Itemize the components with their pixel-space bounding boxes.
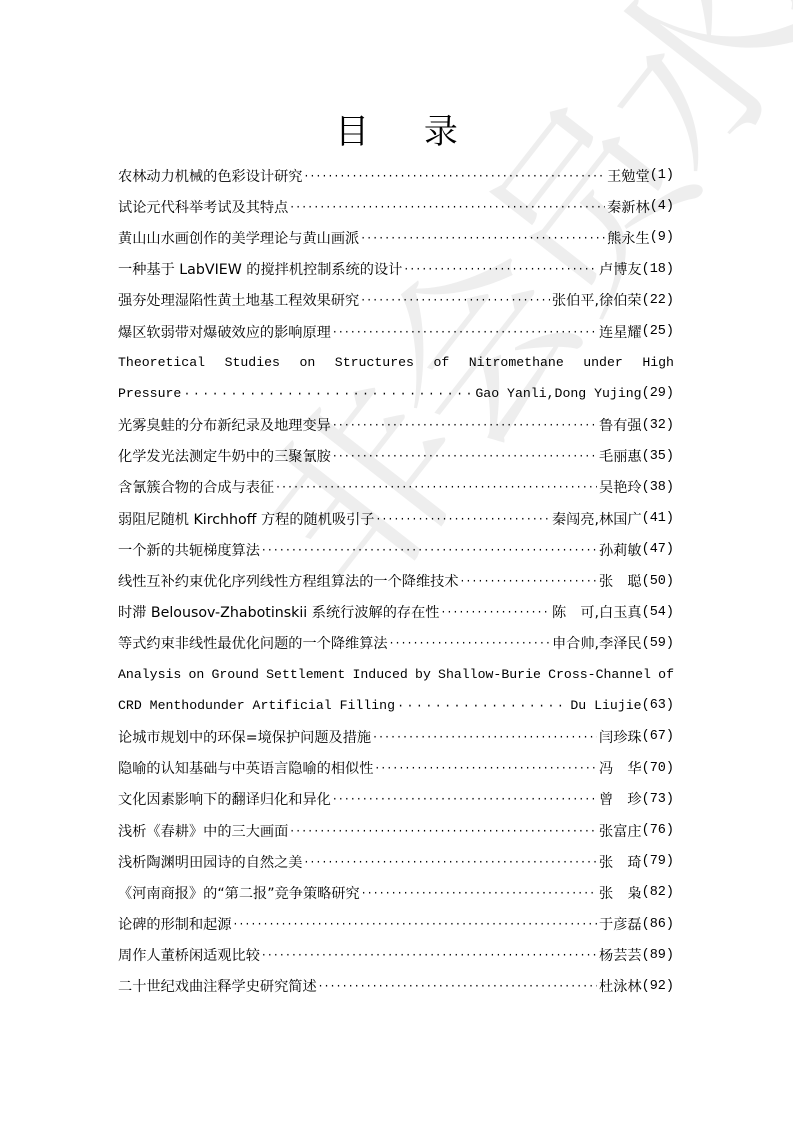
toc-entry-author: 申合帅,李泽民 xyxy=(552,633,642,653)
title-word: of xyxy=(658,667,674,682)
toc-entry[interactable]: 论碑的形制和起源于彦磊(86) xyxy=(118,909,674,940)
toc-entry[interactable]: 时滞 Belousov-Zhabotinskii 系统行波解的存在性陈 可,白玉… xyxy=(118,597,674,628)
toc-entry-title: 一种基于 LabVIEW 的搅拌机控制系统的设计 xyxy=(118,259,402,279)
toc-entry-author: 孙莉敏 xyxy=(599,540,642,560)
title-word: Nitromethane xyxy=(469,355,564,370)
toc-entry-author: 秦闯亮,林国广 xyxy=(552,509,642,529)
toc-entry-title: 论碑的形制和起源 xyxy=(118,914,232,934)
dot-leader xyxy=(304,169,605,183)
dot-leader xyxy=(390,636,550,650)
toc-entry-author: Gao Yanli,Dong Yujing xyxy=(475,386,641,401)
toc-entry-page: (47) xyxy=(642,542,674,557)
toc-entry-author: 毛丽惠 xyxy=(599,446,642,466)
toc-entry[interactable]: 一种基于 LabVIEW 的搅拌机控制系统的设计卢博友(18) xyxy=(118,254,674,285)
toc-entry-title: CRD Menthodunder Artificial Filling xyxy=(118,698,395,713)
toc-entry-author: 张 聪 xyxy=(599,571,642,591)
toc-page: 非会员水印 目 录 农林动力机械的色彩设计研究王勉堂(1)试论元代科举考试及其特… xyxy=(0,0,793,1122)
toc-entry[interactable]: 黄山山水画创作的美学理论与黄山画派熊永生(9) xyxy=(118,222,674,253)
toc-entry-title: 农林动力机械的色彩设计研究 xyxy=(118,166,302,186)
toc-entry-author: 杨芸芸 xyxy=(599,945,642,965)
toc-entry-title: 化学发光法测定牛奶中的三聚氰胺 xyxy=(118,446,331,466)
toc-entry-page: (29) xyxy=(642,386,674,401)
toc-entry-page: (73) xyxy=(642,792,674,807)
dot-leader xyxy=(362,886,597,900)
toc-entry-title: 文化因素影响下的翻译归化和异化 xyxy=(118,789,331,809)
toc-entry-page: (76) xyxy=(642,823,674,838)
dot-leader xyxy=(333,449,597,463)
toc-entry-page: (92) xyxy=(642,979,674,994)
toc-entry[interactable]: 光雾臭蛙的分布新纪录及地理变异鲁有强(32) xyxy=(118,410,674,441)
toc-entry-author: 王勉堂 xyxy=(607,166,650,186)
toc-entry-author: 卢博友 xyxy=(599,259,642,279)
dot-leader xyxy=(276,480,597,494)
title-word: Settlement xyxy=(266,667,345,682)
toc-entry-title: 线性互补约束优化序列线性方程组算法的一个降维技术 xyxy=(118,571,459,591)
toc-entry-author: 熊永生 xyxy=(607,228,650,248)
dot-leader xyxy=(304,855,597,869)
dot-leader xyxy=(376,512,549,526)
dot-leader xyxy=(361,293,550,307)
toc-entry-title-line1: TheoreticalStudiesonStructuresofNitromet… xyxy=(118,347,674,378)
toc-entry[interactable]: 周作人董桥闲适观比较杨芸芸(89) xyxy=(118,940,674,971)
toc-entry-page: (38) xyxy=(642,480,674,495)
toc-entry-title: 浅析《春耕》中的三大画面 xyxy=(118,821,288,841)
dot-leader xyxy=(373,730,597,744)
title-word: by xyxy=(415,667,431,682)
toc-entry-title: 二十世纪戏曲注释学史研究简述 xyxy=(118,976,317,996)
title-word: of xyxy=(433,355,449,370)
toc-entry-page: (35) xyxy=(642,449,674,464)
toc-entry-title: 时滞 Belousov-Zhabotinskii 系统行波解的存在性 xyxy=(118,602,439,622)
title-word: under xyxy=(583,355,623,370)
dot-leader xyxy=(262,543,597,557)
table-of-contents: 农林动力机械的色彩设计研究王勉堂(1)试论元代科举考试及其特点秦新林(4)黄山山… xyxy=(118,160,674,1002)
dot-leader xyxy=(375,761,597,775)
toc-entry[interactable]: PressureGao Yanli,Dong Yujing(29) xyxy=(118,378,674,409)
toc-entry-page: (22) xyxy=(642,293,674,308)
title-word: Shallow-Burie xyxy=(438,667,541,682)
toc-entry-title: 一个新的共轭梯度算法 xyxy=(118,540,260,560)
dot-leader xyxy=(404,262,597,276)
toc-entry[interactable]: 弱阻尼随机 Kirchhoff 方程的随机吸引子秦闯亮,林国广(41) xyxy=(118,503,674,534)
toc-entry-author: 张 枭 xyxy=(599,883,642,903)
toc-entry[interactable]: 农林动力机械的色彩设计研究王勉堂(1) xyxy=(118,160,674,191)
toc-entry-author: 吴艳玲 xyxy=(599,477,642,497)
toc-entry-author: 张伯平,徐伯荣 xyxy=(552,290,642,310)
title-word: Cross-Channel xyxy=(548,667,651,682)
toc-entry-author: 张 琦 xyxy=(599,852,642,872)
toc-entry-title: 试论元代科举考试及其特点 xyxy=(118,197,288,217)
toc-entry[interactable]: 二十世纪戏曲注释学史研究简述杜泳林(92) xyxy=(118,971,674,1002)
toc-entry[interactable]: CRD Menthodunder Artificial FillingDu Li… xyxy=(118,690,674,721)
title-word: on xyxy=(299,355,315,370)
toc-entry-author: 冯 华 xyxy=(599,758,642,778)
toc-entry[interactable]: 等式约束非线性最优化问题的一个降维算法申合帅,李泽民(59) xyxy=(118,628,674,659)
page-title: 目 录 xyxy=(0,104,793,153)
toc-entry[interactable]: 文化因素影响下的翻译归化和异化曾 珍(73) xyxy=(118,784,674,815)
toc-entry-author: 连星耀 xyxy=(599,322,642,342)
title-word: Induced xyxy=(352,667,407,682)
toc-entry[interactable]: 浅析陶渊明田园诗的自然之美张 琦(79) xyxy=(118,846,674,877)
toc-entry-title: 等式约束非线性最优化问题的一个降维算法 xyxy=(118,633,388,653)
toc-entry-page: (79) xyxy=(642,854,674,869)
dot-leader xyxy=(183,387,473,401)
toc-entry-page: (59) xyxy=(642,636,674,651)
toc-entry-title-line1: AnalysisonGroundSettlementInducedbyShall… xyxy=(118,659,674,690)
toc-entry[interactable]: 一个新的共轭梯度算法孙莉敏(47) xyxy=(118,534,674,565)
toc-entry-author: 闫珍珠 xyxy=(599,727,642,747)
toc-entry-page: (89) xyxy=(642,948,674,963)
title-word: Ground xyxy=(211,667,258,682)
toc-entry[interactable]: 化学发光法测定牛奶中的三聚氰胺毛丽惠(35) xyxy=(118,441,674,472)
toc-entry-page: (50) xyxy=(642,574,674,589)
toc-entry-page: (4) xyxy=(650,199,674,214)
dot-leader xyxy=(333,418,597,432)
toc-entry-page: (9) xyxy=(650,230,674,245)
dot-leader xyxy=(319,979,597,993)
dot-leader xyxy=(234,917,598,931)
toc-entry-page: (54) xyxy=(642,605,674,620)
toc-entry-author: 于彦磊 xyxy=(599,914,642,934)
dot-leader xyxy=(397,699,568,713)
toc-entry-title: 论城市规划中的环保=境保护问题及措施 xyxy=(118,727,371,747)
toc-entry-page: (67) xyxy=(642,729,674,744)
toc-entry-author: 曾 珍 xyxy=(599,789,642,809)
toc-entry[interactable]: 试论元代科举考试及其特点秦新林(4) xyxy=(118,191,674,222)
toc-entry-author: 陈 可,白玉真 xyxy=(552,602,642,622)
toc-entry-page: (18) xyxy=(642,262,674,277)
toc-entry[interactable]: 《河南商报》的“第二报”竞争策略研究张 枭(82) xyxy=(118,877,674,908)
title-word: Theoretical xyxy=(118,355,205,370)
toc-entry-title: 隐喻的认知基础与中英语言隐喻的相似性 xyxy=(118,758,373,778)
title-word: High xyxy=(642,355,674,370)
dot-leader xyxy=(461,574,598,588)
toc-entry-page: (25) xyxy=(642,324,674,339)
toc-entry-title: 光雾臭蛙的分布新纪录及地理变异 xyxy=(118,415,331,435)
toc-entry[interactable]: 线性互补约束优化序列线性方程组算法的一个降维技术张 聪(50) xyxy=(118,565,674,596)
toc-entry-page: (82) xyxy=(642,885,674,900)
toc-entry[interactable]: 强夯处理湿陷性黄土地基工程效果研究张伯平,徐伯荣(22) xyxy=(118,285,674,316)
dot-leader xyxy=(290,200,605,214)
toc-entry-page: (41) xyxy=(642,511,674,526)
toc-entry[interactable]: 含氰簇合物的合成与表征吴艳玲(38) xyxy=(118,472,674,503)
toc-entry-author: 秦新林 xyxy=(607,197,650,217)
dot-leader xyxy=(441,605,550,619)
dot-leader xyxy=(333,792,597,806)
title-word: Studies xyxy=(225,355,280,370)
toc-entry-title: 爆区软弱带对爆破效应的影响原理 xyxy=(118,322,331,342)
toc-entry-page: (70) xyxy=(642,761,674,776)
toc-entry[interactable]: 浅析《春耕》中的三大画面张富庄(76) xyxy=(118,815,674,846)
title-word: Structures xyxy=(335,355,414,370)
dot-leader xyxy=(361,231,605,245)
dot-leader xyxy=(262,948,597,962)
toc-entry-title: 弱阻尼随机 Kirchhoff 方程的随机吸引子 xyxy=(118,509,374,529)
toc-entry-title: 浅析陶渊明田园诗的自然之美 xyxy=(118,852,302,872)
title-word: Analysis xyxy=(118,667,181,682)
toc-entry-author: 鲁有强 xyxy=(599,415,642,435)
toc-entry-author: Du Liujie xyxy=(570,698,641,713)
title-word: on xyxy=(188,667,204,682)
toc-entry[interactable]: 论城市规划中的环保=境保护问题及措施闫珍珠(67) xyxy=(118,721,674,752)
toc-entry-title: 含氰簇合物的合成与表征 xyxy=(118,477,274,497)
toc-entry-author: 张富庄 xyxy=(599,821,642,841)
toc-entry-page: (1) xyxy=(650,168,674,183)
toc-entry-title: 《河南商报》的“第二报”竞争策略研究 xyxy=(118,883,360,903)
toc-entry[interactable]: 隐喻的认知基础与中英语言隐喻的相似性冯 华(70) xyxy=(118,753,674,784)
toc-entry[interactable]: 爆区软弱带对爆破效应的影响原理连星耀(25) xyxy=(118,316,674,347)
toc-entry-page: (86) xyxy=(642,917,674,932)
dot-leader xyxy=(333,325,597,339)
toc-entry-title: 强夯处理湿陷性黄土地基工程效果研究 xyxy=(118,290,359,310)
toc-entry-author: 杜泳林 xyxy=(599,976,642,996)
dot-leader xyxy=(290,824,597,838)
toc-entry-title: Pressure xyxy=(118,386,181,401)
toc-entry-title: 黄山山水画创作的美学理论与黄山画派 xyxy=(118,228,359,248)
toc-entry-page: (32) xyxy=(642,418,674,433)
toc-entry-page: (63) xyxy=(642,698,674,713)
toc-entry-title: 周作人董桥闲适观比较 xyxy=(118,945,260,965)
